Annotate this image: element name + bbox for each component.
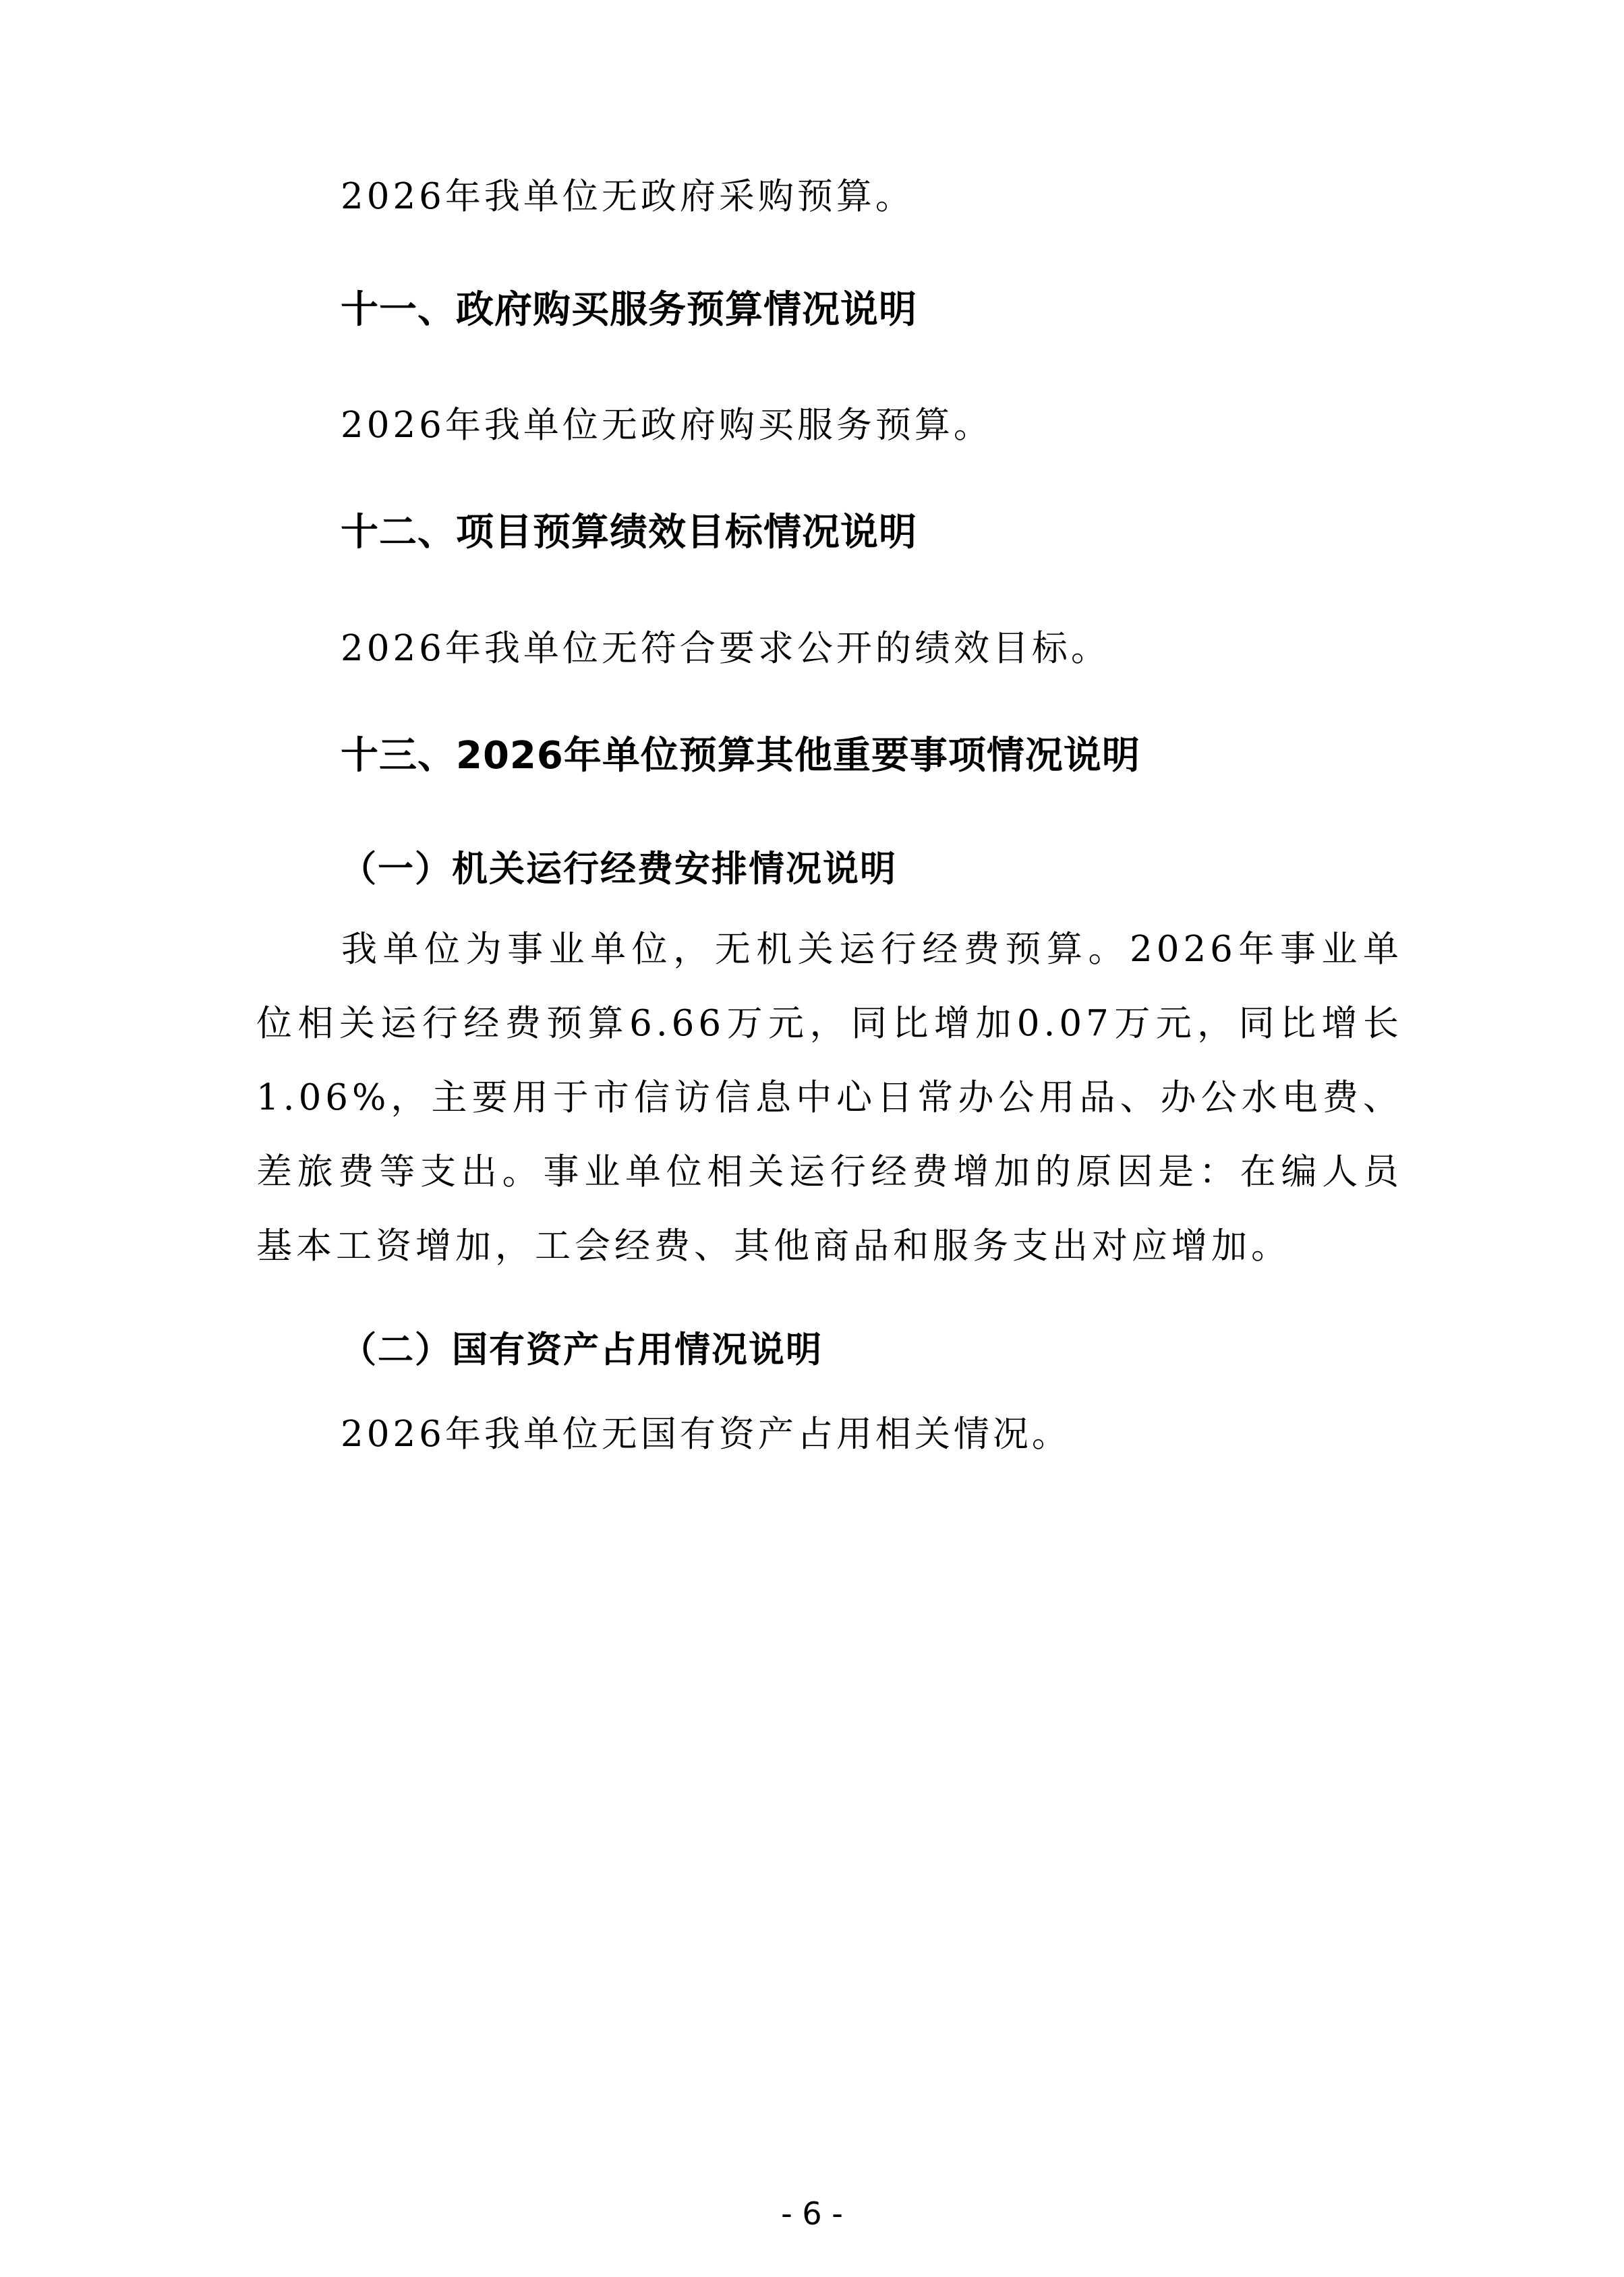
service-purchase-statement: 2026年我单位无政府购买服务预算。 (341, 407, 993, 443)
performance-target-statement: 2026年我单位无符合要求公开的绩效目标。 (341, 631, 1110, 666)
section-heading-13: 十三、2026年单位预算其他重要事项情况说明 (341, 737, 1140, 775)
operating-expenses-paragraph: 我单位为事业单位，无机关运行经费预算。2026年事业单位相关运行经费预算6.66… (256, 913, 1403, 1284)
section-heading-12: 十二、项目预算绩效目标情况说明 (341, 514, 917, 552)
section-heading-11: 十一、政府购买服务预算情况说明 (341, 291, 917, 329)
subheading-operating-expenses: （一）机关运行经费安排情况说明 (341, 851, 897, 887)
subheading-state-assets: （二）国有资产占用情况说明 (341, 1332, 823, 1368)
procurement-statement: 2026年我单位无政府采购预算。 (341, 179, 915, 214)
page-number: - 6 - (0, 2195, 1624, 2232)
state-assets-statement: 2026年我单位无国有资产占用相关情况。 (341, 1416, 1071, 1452)
